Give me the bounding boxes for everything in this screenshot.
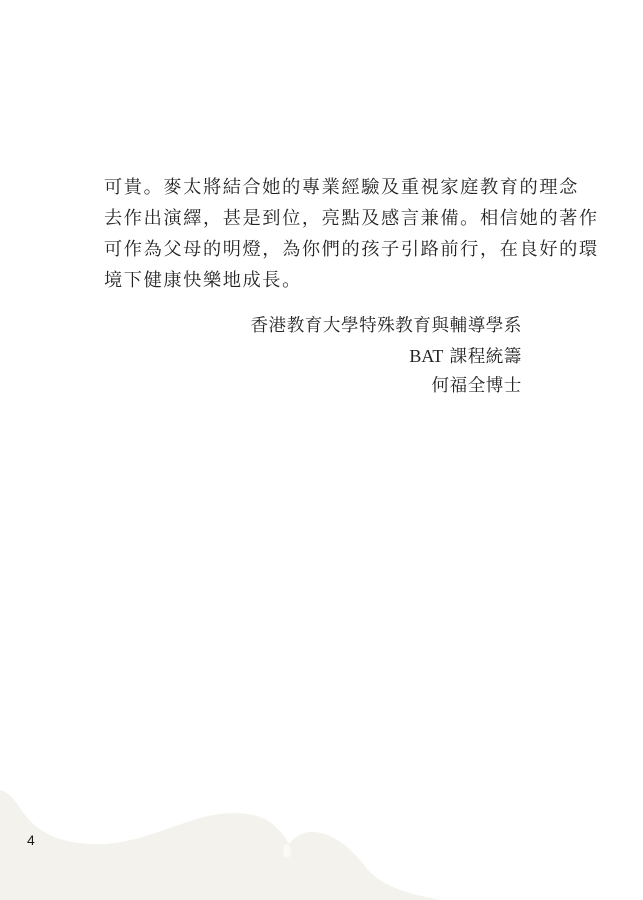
body-paragraph: 可貴。麥太將結合她的專業經驗及重視家庭教育的理念 去作出演繹，甚是到位，亮點及感… [104, 172, 524, 296]
signature-role-prefix: BAT [409, 346, 443, 366]
signature-name: 何福全博士 [251, 371, 523, 401]
signature-block: 香港教育大學特殊教育與輔導學系 BAT 課程統籌 何福全博士 [251, 311, 523, 401]
decorative-wave-background [0, 760, 643, 900]
document-page: 可貴。麥太將結合她的專業經驗及重視家庭教育的理念 去作出演繹，甚是到位，亮點及感… [0, 0, 643, 900]
signature-role: BAT 課程統籌 [251, 341, 523, 371]
page-number: 4 [27, 832, 35, 848]
body-line: 可作為父母的明燈，為你們的孩子引路前行，在良好的環 [104, 234, 524, 265]
body-line: 可貴。麥太將結合她的專業經驗及重視家庭教育的理念 [104, 172, 524, 203]
body-line: 境下健康快樂地成長。 [104, 265, 524, 296]
body-line: 去作出演繹，甚是到位，亮點及感言兼備。相信她的著作 [104, 203, 524, 234]
signature-role-title: 課程統籌 [450, 347, 522, 367]
signature-affiliation: 香港教育大學特殊教育與輔導學系 [251, 311, 523, 341]
